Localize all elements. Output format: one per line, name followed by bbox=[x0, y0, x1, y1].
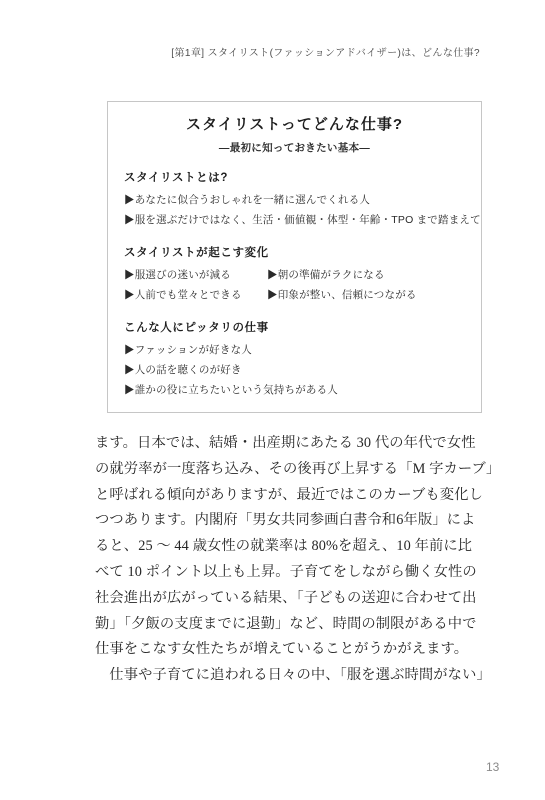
body-line: ます。日本では、結婚・出産期にあたる 30 代の年代で女性 bbox=[95, 431, 491, 457]
list-item: ▶朝の準備がラクになる bbox=[267, 265, 465, 285]
body-line: 仕事をこなす女性たちが増えていることがうかがえます。 bbox=[95, 637, 491, 663]
chapter-header: [第1章] スタイリスト(ファッションアドバイザー)は、どんな仕事? bbox=[0, 44, 480, 59]
list-item: ▶ファッションが好きな人 bbox=[124, 340, 465, 360]
summary-box: スタイリストってどんな仕事? ―最初に知っておきたい基本― スタイリストとは? … bbox=[107, 101, 482, 413]
box-title: スタイリストってどんな仕事? bbox=[124, 115, 465, 135]
list-item: ▶人前でも堂々とできる bbox=[124, 285, 267, 305]
section-what-is-stylist: スタイリストとは? ▶あなたに似合うおしゃれを一緒に選んでくれる人 ▶服を選ぶだ… bbox=[124, 170, 465, 230]
body-line: と呼ばれる傾向がありますが、最近ではこのカーブも変化し bbox=[95, 483, 491, 509]
section-stylist-changes: スタイリストが起こす変化 ▶服選びの迷いが減る ▶朝の準備がラクになる ▶人前で… bbox=[124, 245, 465, 305]
body-line: の就労率が一度落ち込み、その後再び上昇する「M 字カーブ」 bbox=[95, 457, 491, 483]
body-line: 勤」「夕飯の支度までに退勤」など、時間の制限がある中で bbox=[95, 612, 491, 638]
list-item: ▶服を選ぶだけではなく、生活・価値観・体型・年齢・TPO まで踏まえて提案 bbox=[124, 210, 465, 230]
list-item: ▶人の話を聴くのが好き bbox=[124, 360, 465, 380]
list-item: ▶印象が整い、信頼につながる bbox=[267, 285, 465, 305]
body-line: つつあります。内閣府「男女共同参画白書令和6年版」によ bbox=[95, 508, 491, 534]
body-line: 社会進出が広がっている結果、「子どもの送迎に合わせて出 bbox=[95, 586, 491, 612]
page-number: 13 bbox=[486, 760, 499, 774]
section-heading: こんな人にピッタリの仕事 bbox=[124, 320, 465, 336]
book-page: [第1章] スタイリスト(ファッションアドバイザー)は、どんな仕事? スタイリス… bbox=[0, 0, 545, 800]
section-heading: スタイリストが起こす変化 bbox=[124, 245, 465, 261]
body-text: ます。日本では、結婚・出産期にあたる 30 代の年代で女性 の就労率が一度落ち込… bbox=[95, 431, 491, 689]
list-item: ▶誰かの役に立ちたいという気持ちがある人 bbox=[124, 380, 465, 400]
list-item: ▶服選びの迷いが減る bbox=[124, 265, 267, 285]
box-subtitle: ―最初に知っておきたい基本― bbox=[124, 140, 465, 155]
section-suited-people: こんな人にピッタリの仕事 ▶ファッションが好きな人 ▶人の話を聴くのが好き ▶誰… bbox=[124, 320, 465, 400]
list-item: ▶あなたに似合うおしゃれを一緒に選んでくれる人 bbox=[124, 190, 465, 210]
body-line: 仕事や子育てに追われる日々の中、「服を選ぶ時間がない」 bbox=[95, 663, 491, 689]
body-line: ると、25 〜 44 歳女性の就業率は 80%を超え、10 年前に比 bbox=[95, 534, 491, 560]
section-heading: スタイリストとは? bbox=[124, 170, 465, 186]
body-line: べて 10 ポイント以上も上昇。子育てをしながら働く女性の bbox=[95, 560, 491, 586]
two-column-list: ▶服選びの迷いが減る ▶朝の準備がラクになる ▶人前でも堂々とできる ▶印象が整… bbox=[124, 265, 465, 305]
